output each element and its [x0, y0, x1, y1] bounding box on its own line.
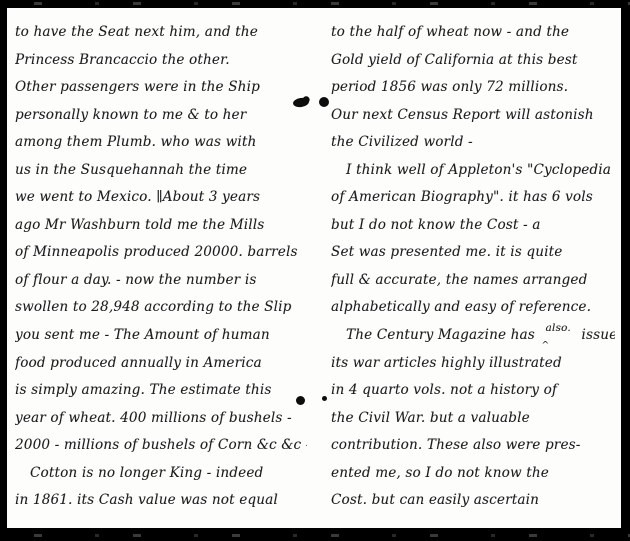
left-column: to have the Seat next him, and the Princ…: [15, 19, 307, 528]
right-column: to the half of wheat now - and the Gold …: [331, 19, 615, 528]
scan-edge-artifact: [0, 2, 630, 5]
handwritten-line: period 1856 was only 72 millions.: [331, 74, 615, 102]
handwritten-line: but I do not know the Cost - a: [331, 212, 615, 240]
handwritten-line: you sent me - The Amount of human: [15, 322, 307, 350]
scanned-letter-page: to have the Seat next him, and the Princ…: [0, 0, 630, 541]
handwritten-line: the Civilized world -: [331, 129, 615, 157]
handwritten-line: 2000 - millions of bushels of Corn &c &c…: [15, 432, 307, 460]
handwritten-line: us in the Susquehannah the time: [15, 157, 307, 185]
handwritten-line: contribution. These also were pres-: [331, 432, 615, 460]
handwritten-line: Princess Brancaccio the other.: [15, 47, 307, 75]
handwritten-line: to have the Seat next him, and the: [15, 19, 307, 47]
insertion-line-pre: The Century Magazine has: [346, 327, 535, 343]
handwritten-line: of American Biography". it has 6 vols: [331, 184, 615, 212]
handwritten-line: Our next Census Report will astonish: [331, 102, 615, 130]
handwritten-line: full & accurate, the names arranged: [331, 267, 615, 295]
handwritten-line: year of wheat. 400 millions of bushels -: [15, 405, 307, 433]
handwritten-line: ented me, so I do not know the: [331, 460, 615, 488]
text-columns: to have the Seat next him, and the Princ…: [7, 8, 621, 528]
handwritten-line: Gold yield of California at this best: [331, 47, 615, 75]
handwritten-line: Cost. but can easily ascertain: [331, 487, 615, 515]
handwritten-line: of Minneapolis produced 20000. barrels: [15, 239, 307, 267]
inserted-word-above-line: also.: [545, 322, 570, 334]
handwritten-line: we went to Mexico. ∥About 3 years: [15, 184, 307, 212]
handwritten-line: food produced annually in America: [15, 350, 307, 378]
ink-blot: [296, 396, 305, 405]
handwritten-line: Set was presented me. it is quite: [331, 239, 615, 267]
handwritten-line: in 4 quarto vols. not a history of: [331, 377, 615, 405]
handwritten-line: Other passengers were in the Ship: [15, 74, 307, 102]
handwritten-line-with-insertion: The Century Magazine has also. issued: [331, 322, 615, 350]
handwritten-line: alphabetically and easy of reference.: [331, 294, 615, 322]
handwritten-line: in 1861. its Cash value was not equal: [15, 487, 307, 515]
insertion-line-post: issued: [581, 327, 615, 343]
ink-blot: [319, 97, 329, 107]
handwritten-line: swollen to 28,948 according to the Slip: [15, 294, 307, 322]
ink-blot: [322, 396, 327, 401]
handwritten-line: of flour a day. - now the number is: [15, 267, 307, 295]
paper: to have the Seat next him, and the Princ…: [7, 8, 621, 528]
handwritten-line: to the half of wheat now - and the: [331, 19, 615, 47]
handwritten-line: among them Plumb. who was with: [15, 129, 307, 157]
handwritten-line: the Civil War. but a valuable: [331, 405, 615, 433]
handwritten-line: ago Mr Washburn told me the Mills: [15, 212, 307, 240]
handwritten-line: is simply amazing. The estimate this: [15, 377, 307, 405]
handwritten-line: personally known to me & to her: [15, 102, 307, 130]
handwritten-line: I think well of Appleton's "Cyclopedia: [331, 157, 615, 185]
handwritten-line: Cotton is no longer King - indeed: [15, 460, 307, 488]
handwritten-line: its war articles highly illustrated: [331, 350, 615, 378]
scan-edge-artifact: [0, 534, 630, 537]
